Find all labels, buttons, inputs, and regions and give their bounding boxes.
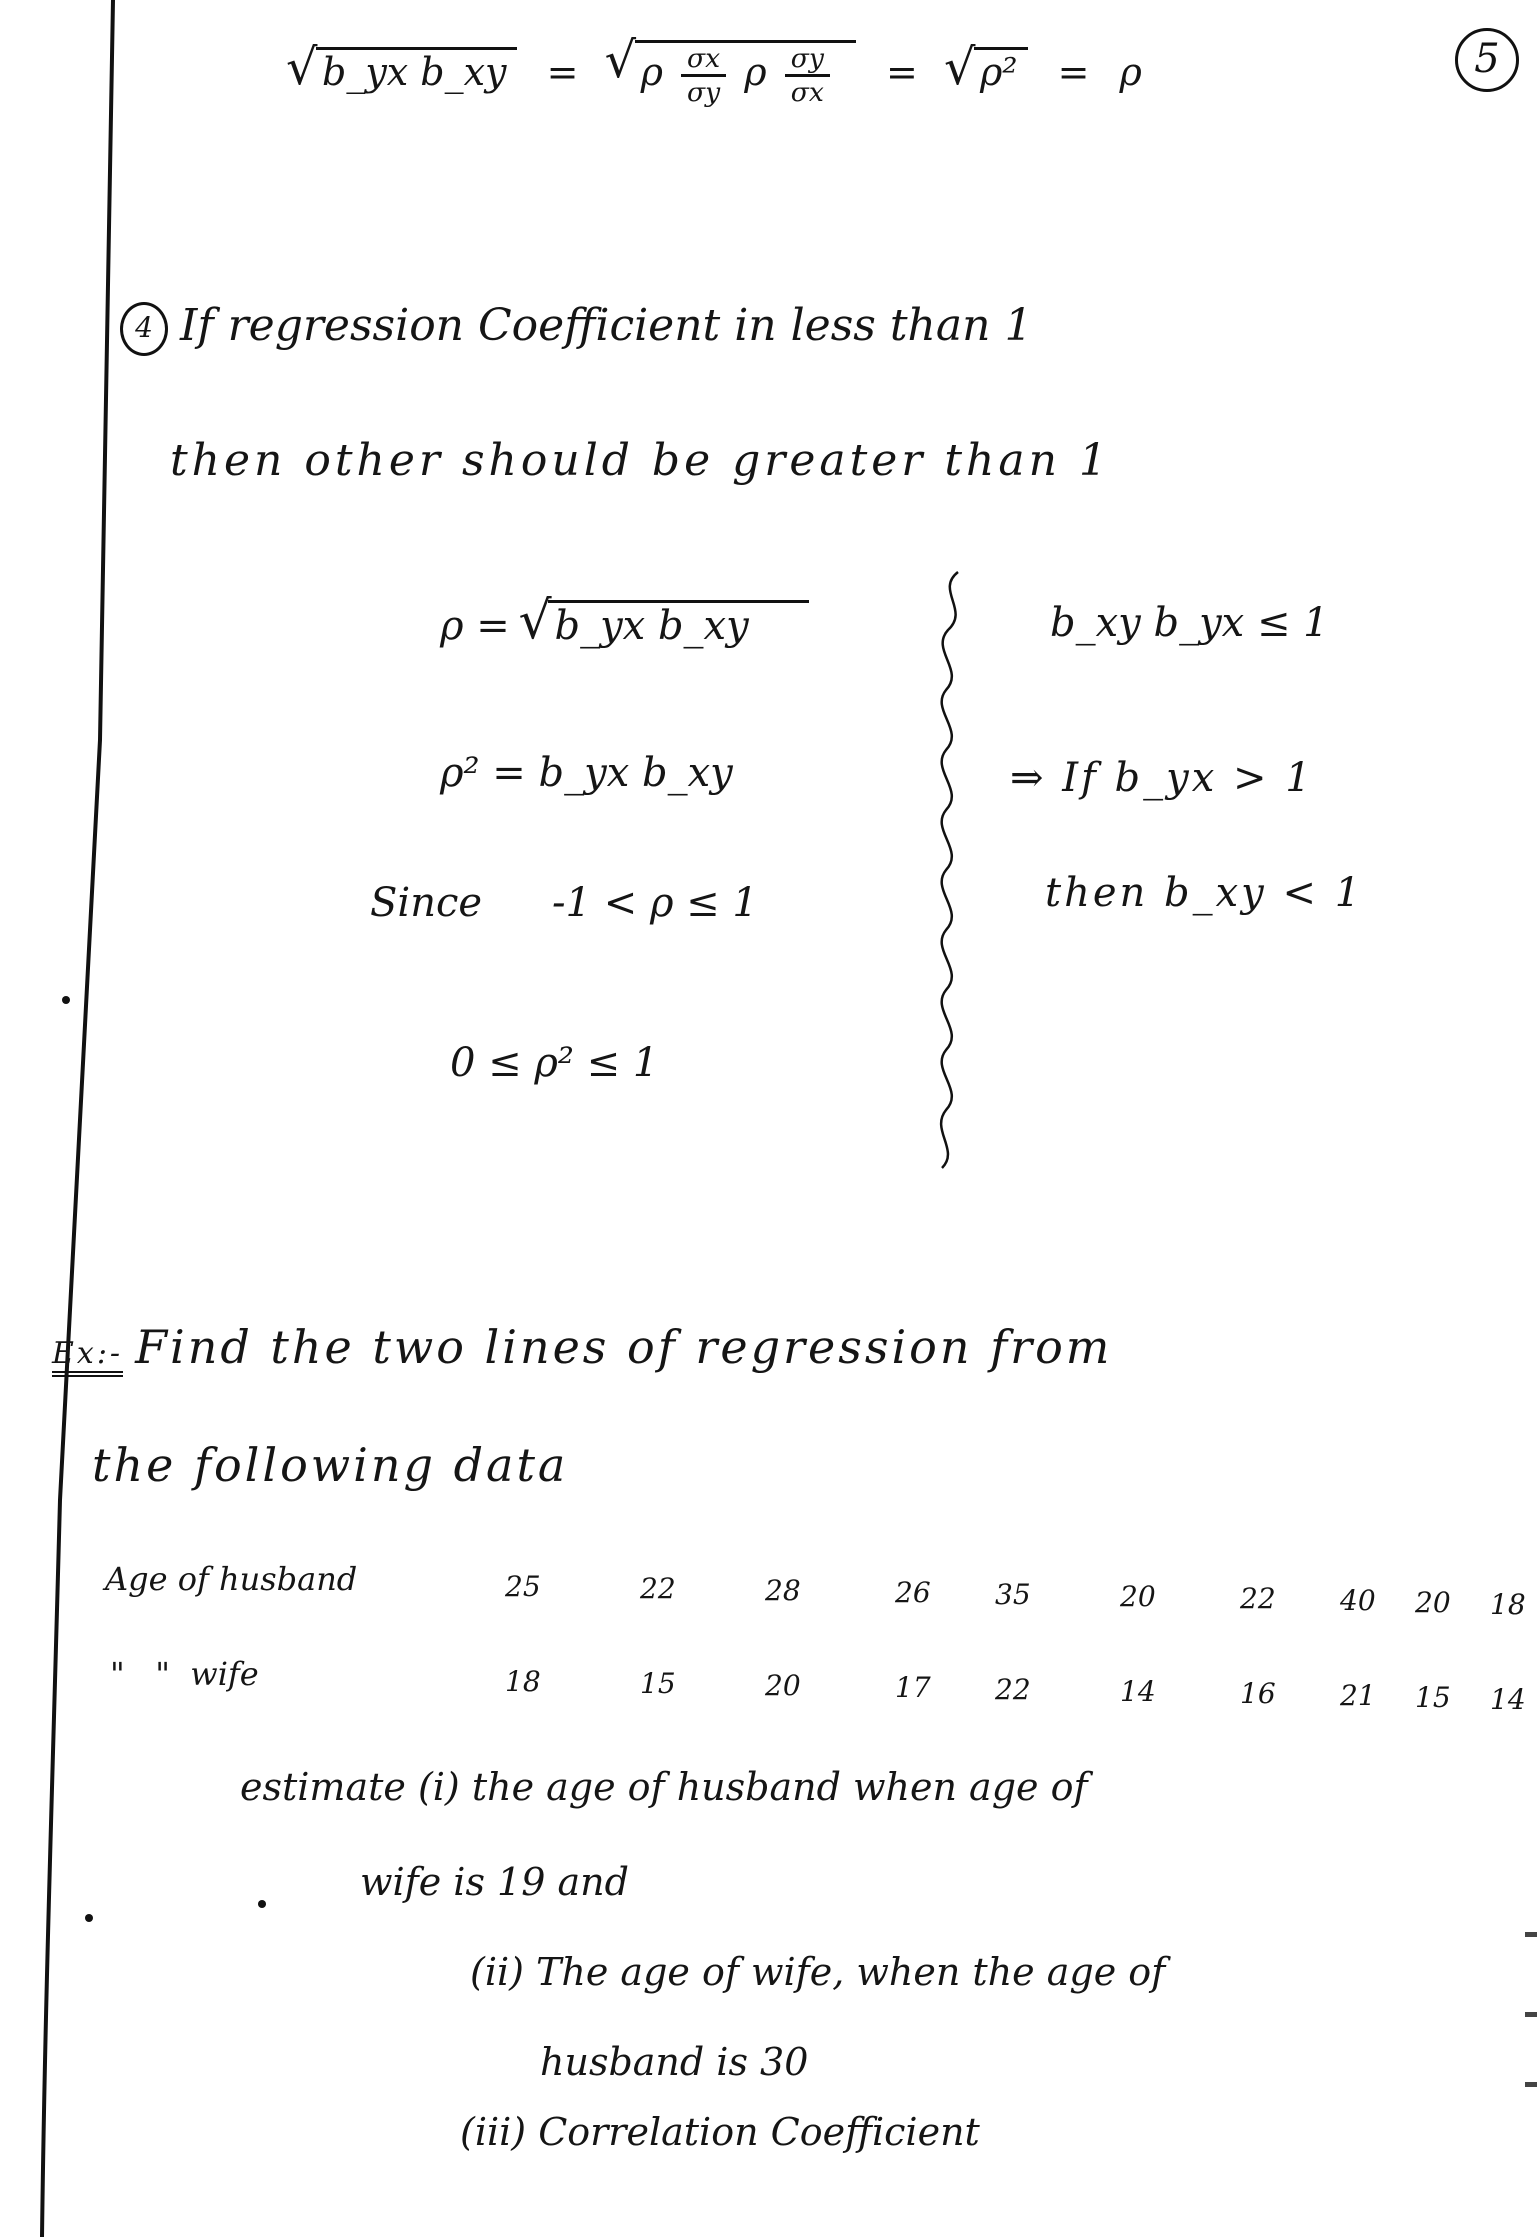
rho-squared: ρ²	[980, 50, 1018, 94]
radicand: b_yx b_xy	[554, 603, 748, 649]
table-cell: 14	[1120, 1675, 1156, 1708]
stray-dot	[258, 1900, 266, 1908]
table-cell: 16	[1240, 1677, 1276, 1710]
question-1-line2: wife is 19 and	[360, 1860, 629, 1904]
table-cell: 28	[765, 1574, 801, 1607]
derivation-right-line1: b_xy b_yx ≤ 1	[1050, 600, 1329, 646]
fraction-sy-sx: σyσx	[785, 43, 830, 108]
edge-mark	[1525, 2012, 1537, 2017]
sqrt-byx-bxy: b_yx b_xy	[548, 600, 808, 649]
wavy-separator	[930, 570, 970, 1170]
derivation-left-line4: 0 ≤ ρ² ≤ 1	[450, 1040, 658, 1086]
derivation-right-line3: then b_xy < 1	[1045, 870, 1363, 916]
formula-top: b_yx b_xy = ρ σxσy ρ σyσx = ρ² = ρ	[290, 40, 1142, 108]
table-cell: 22	[640, 1572, 676, 1605]
table-cell: 21	[1340, 1679, 1376, 1712]
derivation-left-line3: Since-1 < ρ ≤ 1	[370, 880, 758, 926]
table-cell: 20	[1415, 1586, 1451, 1619]
question-2-line2: husband is 30	[540, 2040, 808, 2084]
derivation-right-line2: ⇒ If b_yx > 1	[1010, 755, 1314, 801]
equals-sign: =	[1058, 50, 1090, 94]
property-4-line1: 4If regression Coefficient in less than …	[120, 300, 1032, 356]
table-cell: 15	[1415, 1681, 1451, 1714]
edge-mark	[1525, 2082, 1537, 2087]
question-3: (iii) Correlation Coefficient	[460, 2110, 980, 2154]
table-cell: 18	[505, 1665, 541, 1698]
table-cell: 15	[640, 1667, 676, 1700]
example-text: Find the two lines of regression from	[135, 1320, 1112, 1374]
row-label-wife: " " wife	[110, 1655, 259, 1693]
item-number-circle: 4	[120, 302, 168, 356]
stray-dot	[62, 996, 70, 1004]
derivation-left-line2: ρ² = b_yx b_xy	[440, 750, 733, 796]
table-cell: 26	[895, 1576, 931, 1609]
table-cell: 17	[895, 1671, 931, 1704]
question-2-line1: (ii) The age of wife, when the age of	[470, 1950, 1165, 1994]
since-label: Since	[370, 880, 482, 926]
edge-mark	[1525, 1932, 1537, 1937]
sqrt-rhs1: ρ σxσy ρ σyσx	[635, 40, 856, 108]
example-label: Ex:-	[52, 1336, 123, 1377]
table-cell: 18	[1490, 1588, 1526, 1621]
equals-sign: =	[886, 50, 918, 94]
table-cell: 20	[765, 1669, 801, 1702]
page-number-badge: 5	[1455, 28, 1519, 92]
example-line2: the following data	[92, 1438, 568, 1492]
equals-sign: =	[547, 50, 579, 94]
fraction-sx-sy: σxσy	[681, 43, 726, 108]
table-cell: 40	[1340, 1584, 1376, 1617]
table-cell: 25	[505, 1570, 541, 1603]
rho-equals: ρ =	[440, 603, 510, 649]
table-cell: 20	[1120, 1580, 1156, 1613]
fraction-numerator: σx	[681, 43, 726, 77]
formula-lhs: b_yx b_xy	[322, 50, 507, 94]
rho-symbol: ρ	[641, 50, 663, 94]
fraction-denominator: σx	[785, 77, 830, 108]
derivation-left-line1: ρ = b_yx b_xy	[440, 600, 809, 649]
rho-range: -1 < ρ ≤ 1	[552, 880, 758, 926]
formula-result: ρ	[1120, 50, 1142, 94]
property-text: If regression Coefficient in less than 1	[180, 300, 1032, 351]
table-cell: 35	[995, 1578, 1031, 1611]
row-label-husband: Age of husband	[105, 1560, 357, 1598]
sqrt-rho-squared: ρ²	[974, 47, 1028, 94]
table-cell: 14	[1490, 1683, 1526, 1716]
table-cell: 22	[995, 1673, 1031, 1706]
property-4-line2: then other should be greater than 1	[170, 435, 1111, 486]
fraction-numerator: σy	[785, 43, 830, 77]
fraction-denominator: σy	[681, 77, 726, 108]
rho-symbol: ρ	[744, 50, 766, 94]
stray-dot	[85, 1914, 93, 1922]
example-line1: Ex:-Find the two lines of regression fro…	[52, 1320, 1112, 1374]
table-cell: 22	[1240, 1582, 1276, 1615]
question-1-line1: estimate (i) the age of husband when age…	[240, 1765, 1088, 1809]
sqrt-lhs: b_yx b_xy	[316, 47, 517, 94]
